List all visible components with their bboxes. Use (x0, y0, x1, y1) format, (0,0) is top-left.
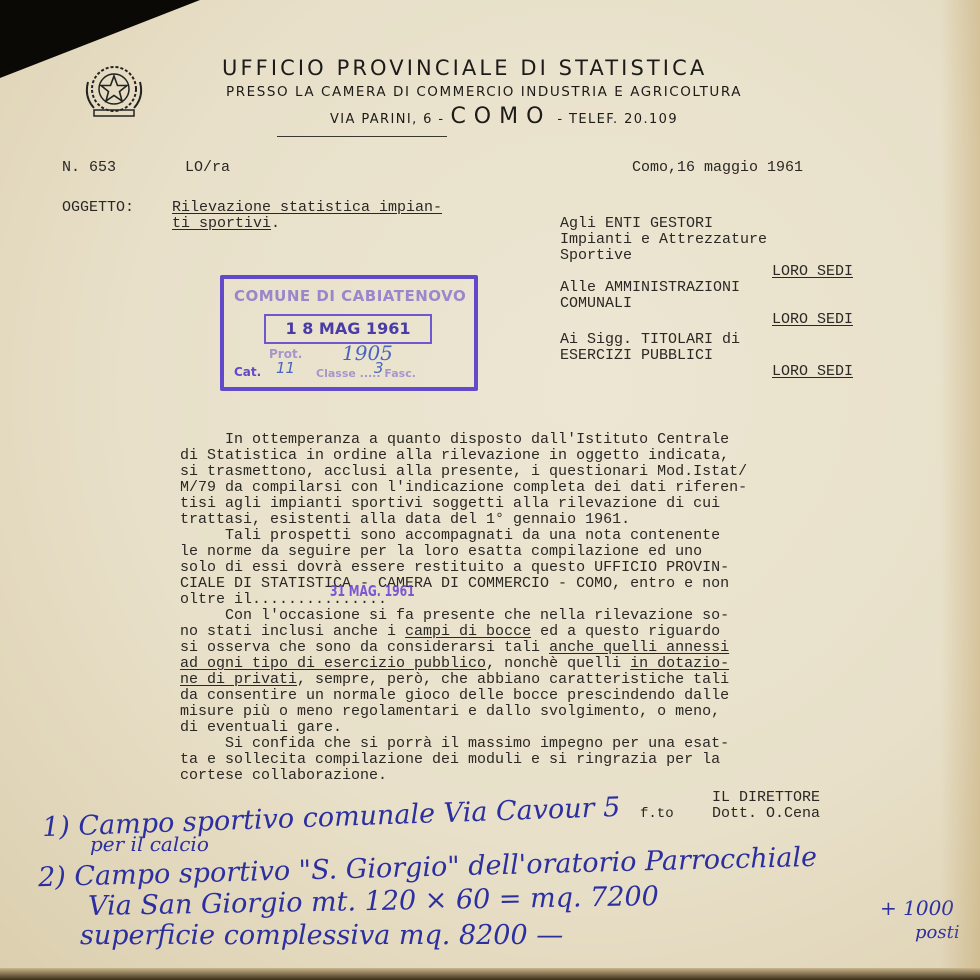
body-p3-l2: no stati inclusi anche i campi di bocce … (180, 624, 720, 640)
recipient-1-sedi: LORO SEDI (772, 264, 853, 280)
address-street: VIA PARINI, 6 - (330, 112, 444, 127)
body-p3-l1: Con l'occasione si fa presente che nella… (180, 608, 729, 624)
body-p3-l8: di eventuali gare. (180, 720, 342, 736)
subject-line-2-text: ti sportivi (172, 215, 271, 232)
stamp-prot-number: 1905 (342, 341, 393, 365)
subject-line-2: ti sportivi. (172, 216, 280, 232)
body-p2-l1: Tali prospetti sono accompagnati da una … (180, 528, 720, 544)
stamp-municipality: COMUNE DI CABIATENOVO (234, 287, 466, 305)
recipient-2-line-1: Alle AMMINISTRAZIONI (560, 280, 740, 296)
body-p2-l4: CIALE DI STATISTICA - CAMERA DI COMMERCI… (180, 576, 729, 592)
recipient-3-sedi: LORO SEDI (772, 364, 853, 380)
body-p4-l3: cortese collaborazione. (180, 768, 387, 784)
body-p4-l2: ta e sollecita compilazione dei moduli e… (180, 752, 720, 768)
underlined-esercizio-pubblico: ad ogni tipo di esercizio pubblico (180, 655, 486, 672)
underlined-campi-di-bocce: campi di bocce (405, 623, 531, 640)
body-p1-l6: trattasi, esistenti alla data del 1° gen… (180, 512, 630, 528)
body-p1-l1: In ottemperanza a quanto disposto dall'I… (180, 432, 729, 448)
body-p2-l3: solo di essi dovrà essere restituito a q… (180, 560, 729, 576)
body-p3-l3: si osserva che sono da considerarsi tali… (180, 640, 729, 656)
handwritten-note-1b: per il calcio (90, 832, 209, 856)
office-name: UFFICIO PROVINCIALE DI STATISTICA (222, 56, 707, 80)
received-stamp: COMUNE DI CABIATENOVO 1 8 MAG 1961 Prot.… (220, 275, 478, 391)
signature-name: Dott. O.Cena (712, 806, 820, 822)
office-address: VIA PARINI, 6 - COMO - TELEF. 20.109 (330, 104, 678, 129)
body-p1-l3: si trasmettono, acclusi alla presente, i… (180, 464, 747, 480)
body-p3-l6: da consentire un normale gioco delle boc… (180, 688, 729, 704)
recipient-1-line-2: Impianti e Attrezzature (560, 232, 767, 248)
italian-republic-emblem-icon (80, 62, 148, 120)
place-date: Como,16 maggio 1961 (632, 160, 803, 176)
handwritten-note-3-extra: + 1000 (880, 896, 954, 920)
underlined-privati: ne di privati (180, 671, 297, 688)
deadline-date-stamp: 31 MAG. 1961 (330, 582, 415, 600)
recipient-3-line-2: ESERCIZI PUBBLICI (560, 348, 713, 364)
handwritten-note-4: superficie complessiva mq. 8200 — (80, 920, 563, 951)
underlined-annessi: anche quelli annessi (549, 639, 729, 656)
stamp-class-number: 3 (374, 359, 384, 377)
recipient-1-line-1: Agli ENTI GESTORI (560, 216, 713, 232)
stamp-received-date: 1 8 MAG 1961 (264, 314, 432, 344)
recipient-2-sedi: LORO SEDI (772, 312, 853, 328)
body-p1-l5: tisi agli impianti sportivi soggetti all… (180, 496, 720, 512)
body-p3-l5-a: , sempre, però, che abbiano caratteristi… (297, 671, 729, 688)
body-p3-l3-a: si osserva che sono da considerarsi tali (180, 639, 549, 656)
recipient-3-line-1: Ai Sigg. TITOLARI di (560, 332, 740, 348)
stamp-cat-label: Cat. (234, 365, 261, 379)
address-phone: - TELEF. 20.109 (557, 112, 678, 127)
body-p3-l4-a: , nonchè quelli (486, 655, 630, 672)
body-p2-l2: le norme da seguire per la loro esatta c… (180, 544, 702, 560)
body-p1-l4: M/79 da compilarsi con l'indicazione com… (180, 480, 747, 496)
office-affiliation: PRESSO LA CAMERA DI COMMERCIO INDUSTRIA … (226, 84, 742, 100)
stamp-cat-number: 11 (276, 359, 295, 377)
document-page: UFFICIO PROVINCIALE DI STATISTICA PRESSO… (0, 0, 980, 972)
author-initials: LO/ra (185, 160, 230, 176)
underlined-in-dotazione: in dotazio- (630, 655, 729, 672)
body-p3-l4: ad ogni tipo di esercizio pubblico, nonc… (180, 656, 729, 672)
handwritten-note-3-extra2: posti (915, 922, 960, 943)
body-p3-l2-a: no stati inclusi anche i (180, 623, 405, 640)
body-p3-l2-b: ed a questo riguardo (531, 623, 720, 640)
body-p4-l1: Si confida che si porrà il massimo impeg… (180, 736, 729, 752)
subject-line-2-end: . (271, 215, 280, 232)
address-city: COMO (450, 104, 551, 129)
signature-title: IL DIRETTORE (712, 790, 820, 806)
subject-label: OGGETTO: (62, 200, 134, 216)
recipient-2-line-2: COMUNALI (560, 296, 632, 312)
body-p3-l5: ne di privati, sempre, però, che abbiano… (180, 672, 729, 688)
body-p3-l7: misure più o meno regolamentari e dallo … (180, 704, 720, 720)
subject-line-1: Rilevazione statistica impian- (172, 200, 442, 216)
protocol-number: N. 653 (62, 160, 116, 176)
body-p1-l2: di Statistica in ordine alla rilevazione… (180, 448, 729, 464)
recipient-1-line-3: Sportive (560, 248, 632, 264)
header-divider (277, 136, 447, 137)
page-bottom-edge (0, 968, 980, 980)
signature-fto: f.to (640, 806, 674, 822)
stamp-class-label: Classe ..... Fasc. (316, 367, 416, 380)
